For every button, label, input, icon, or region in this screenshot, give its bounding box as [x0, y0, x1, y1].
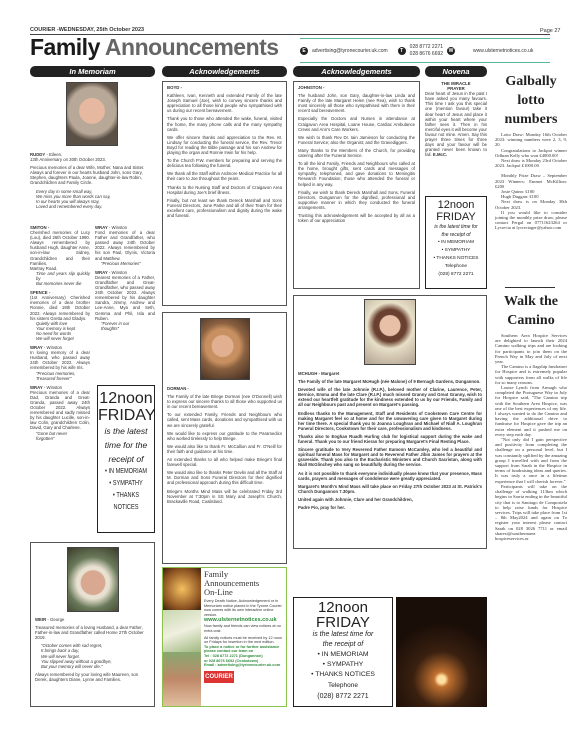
ruddy-photo	[66, 82, 118, 146]
email-link[interactable]: advertising@tyronecourier.uk.com	[312, 48, 388, 54]
notice-wray-1: WRAY - Winston In loving memory of a dea…	[30, 345, 90, 381]
lotto-body: Lotto Draw: Monday 16th October 2023: wi…	[495, 132, 567, 231]
deadline-box-2: 12noon FRIDAY is the latest time for the…	[425, 196, 487, 289]
contact-bar: E advertising@tyronecourier.uk.com T 028…	[300, 38, 550, 63]
web-icon: W	[447, 47, 455, 55]
section-acknowledgements-2: Acknowledgements	[293, 66, 420, 77]
section-in-memoriam: In Memoriam	[30, 66, 155, 77]
lily-image	[163, 610, 201, 652]
phone-numbers: 028 8772 2271 028 8676 6692	[410, 44, 443, 58]
notice-spence: SPENCE - (1st Anniversary) Cherished mem…	[30, 290, 90, 341]
dateline: COURIER -WEDNESDAY, 25th October 2023	[30, 27, 144, 33]
left-subcolumn: SMITON - Cherished memories of Lucy (Lou…	[30, 225, 90, 441]
lotto-title: Galbally lotto numbers	[495, 72, 567, 129]
online-notices-ad: Family Announcements On-Line Every Death…	[162, 567, 287, 707]
notice-wray-3: WRAY - Winston Fond memories of a dear F…	[95, 225, 155, 266]
camino-body: Southern Area Hospice Services are delig…	[495, 333, 567, 541]
notice-wray-2: WRAY - Winston Precious memories of a de…	[30, 385, 90, 441]
email-icon: E	[300, 47, 308, 55]
title-family: Family	[30, 34, 100, 60]
mchugh-photo	[364, 299, 416, 365]
notice-boyd: BOYD - Kathleen, Ivan, Kenneth and exten…	[162, 81, 287, 306]
notice-johnston: JOHNSTON - The husband John, son Gary, d…	[293, 81, 420, 289]
courier-logo: COURIER	[204, 671, 234, 683]
notice-dorman: DORMAN - The Family of the late Briege D…	[162, 312, 287, 564]
notice-wray-4: WRAY - Winston Dearest memories of a Fat…	[95, 270, 155, 331]
page-title: Family Announcements	[30, 35, 279, 59]
hands-image	[163, 652, 201, 706]
title-announcements: Announcements	[105, 34, 279, 60]
camino-title: Walk the Camino	[493, 292, 569, 330]
notice-ruddy: RUDDY - Eileen.13th Anniversary on 30th …	[30, 152, 155, 209]
novena-prayer: THE MIRACLE PRAYER Dear heart of Jesus i…	[425, 81, 487, 157]
phone-2: 028 8676 6692	[410, 51, 443, 58]
notice-weir: WEIR - George Treasured memories of a lo…	[30, 542, 155, 707]
website-link[interactable]: www.ulsternetnotices.co.uk	[473, 48, 533, 54]
notice-smiton: SMITON - Cherished memories of Lucy (Lou…	[30, 225, 90, 286]
divider	[505, 287, 555, 288]
weir-photo	[67, 547, 119, 612]
online-url-link[interactable]: www.ulsternetnotices.co.uk	[204, 617, 283, 624]
phone-icon: T	[398, 47, 406, 55]
phone-1: 028 8772 2271	[410, 44, 443, 51]
section-acknowledgements-1: Acknowledgements	[162, 66, 287, 77]
notice-mchugh: MCHUGH - Margaret The Family of the late…	[293, 295, 487, 549]
deadline-box-1: 12noon FRIDAY is the latest time for the…	[97, 385, 155, 533]
section-novena: Novena	[425, 66, 487, 77]
deadline-box-3: 12noon FRIDAY is the latest time for the…	[293, 597, 393, 707]
candle-image	[396, 597, 487, 707]
dorman-photo	[200, 318, 250, 380]
candles-image	[163, 568, 201, 610]
right-subcolumn: WRAY - Winston Fond memories of a dear F…	[95, 225, 155, 331]
